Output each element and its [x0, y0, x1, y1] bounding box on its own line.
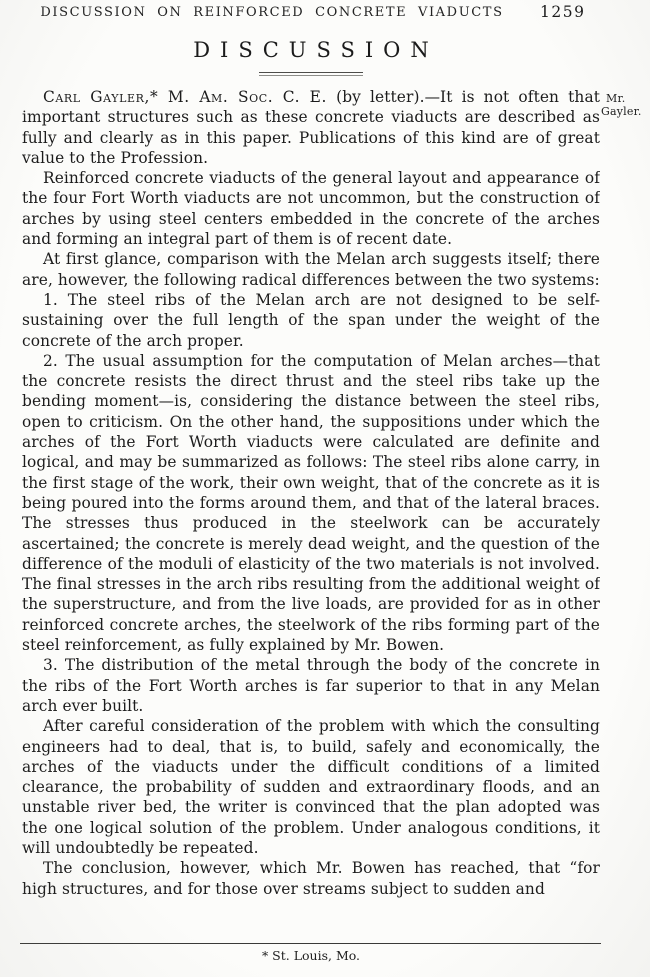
margin-note-line2: Gayler.	[601, 105, 642, 118]
body-text: Carl Gayler,* M. Am. Soc. C. E. (by lett…	[22, 87, 600, 943]
paragraph: Carl Gayler,* M. Am. Soc. C. E. (by lett…	[22, 87, 600, 168]
paragraph: After careful consideration of the probl…	[22, 716, 600, 858]
paragraph-text: The conclusion, however, which Mr. Bowen…	[22, 859, 600, 897]
paragraph-text: 2. The usual assumption for the computat…	[22, 352, 600, 654]
document-page: DISCUSSION ON REINFORCED CONCRETE VIADUC…	[0, 0, 650, 977]
footnote-rule	[20, 943, 601, 944]
footnote: * St. Louis, Mo.	[22, 948, 600, 963]
paragraph: Reinforced concrete viaducts of the gene…	[22, 168, 600, 249]
author-name: Carl Gayler,* M. Am. Soc. C. E.	[43, 88, 327, 106]
paragraph: The conclusion, however, which Mr. Bowen…	[22, 858, 600, 899]
page-number: 1259	[540, 3, 585, 21]
title-rule-decoration	[22, 72, 600, 76]
paragraph: At first glance, comparison with the Mel…	[22, 249, 600, 290]
paragraph-text: After careful consideration of the probl…	[22, 717, 600, 857]
paragraph: 2. The usual assumption for the computat…	[22, 351, 600, 655]
running-header: DISCUSSION ON REINFORCED CONCRETE VIADUC…	[22, 5, 522, 20]
rule-thin-line	[259, 75, 363, 76]
margin-note-line1: Mr.	[606, 92, 625, 105]
paragraph-text: Reinforced concrete viaducts of the gene…	[22, 169, 600, 248]
paragraph-text: 3. The distribution of the metal through…	[22, 656, 600, 715]
paragraph-text: 1. The steel ribs of the Melan arch are …	[22, 291, 600, 350]
section-title: DISCUSSION	[22, 38, 600, 62]
rule-thick-line	[259, 72, 363, 73]
margin-note-speaker: Mr. Gayler.	[601, 92, 648, 118]
paragraph: 1. The steel ribs of the Melan arch are …	[22, 290, 600, 351]
paragraph-text: At first glance, comparison with the Mel…	[22, 250, 600, 288]
paragraph: 3. The distribution of the metal through…	[22, 655, 600, 716]
